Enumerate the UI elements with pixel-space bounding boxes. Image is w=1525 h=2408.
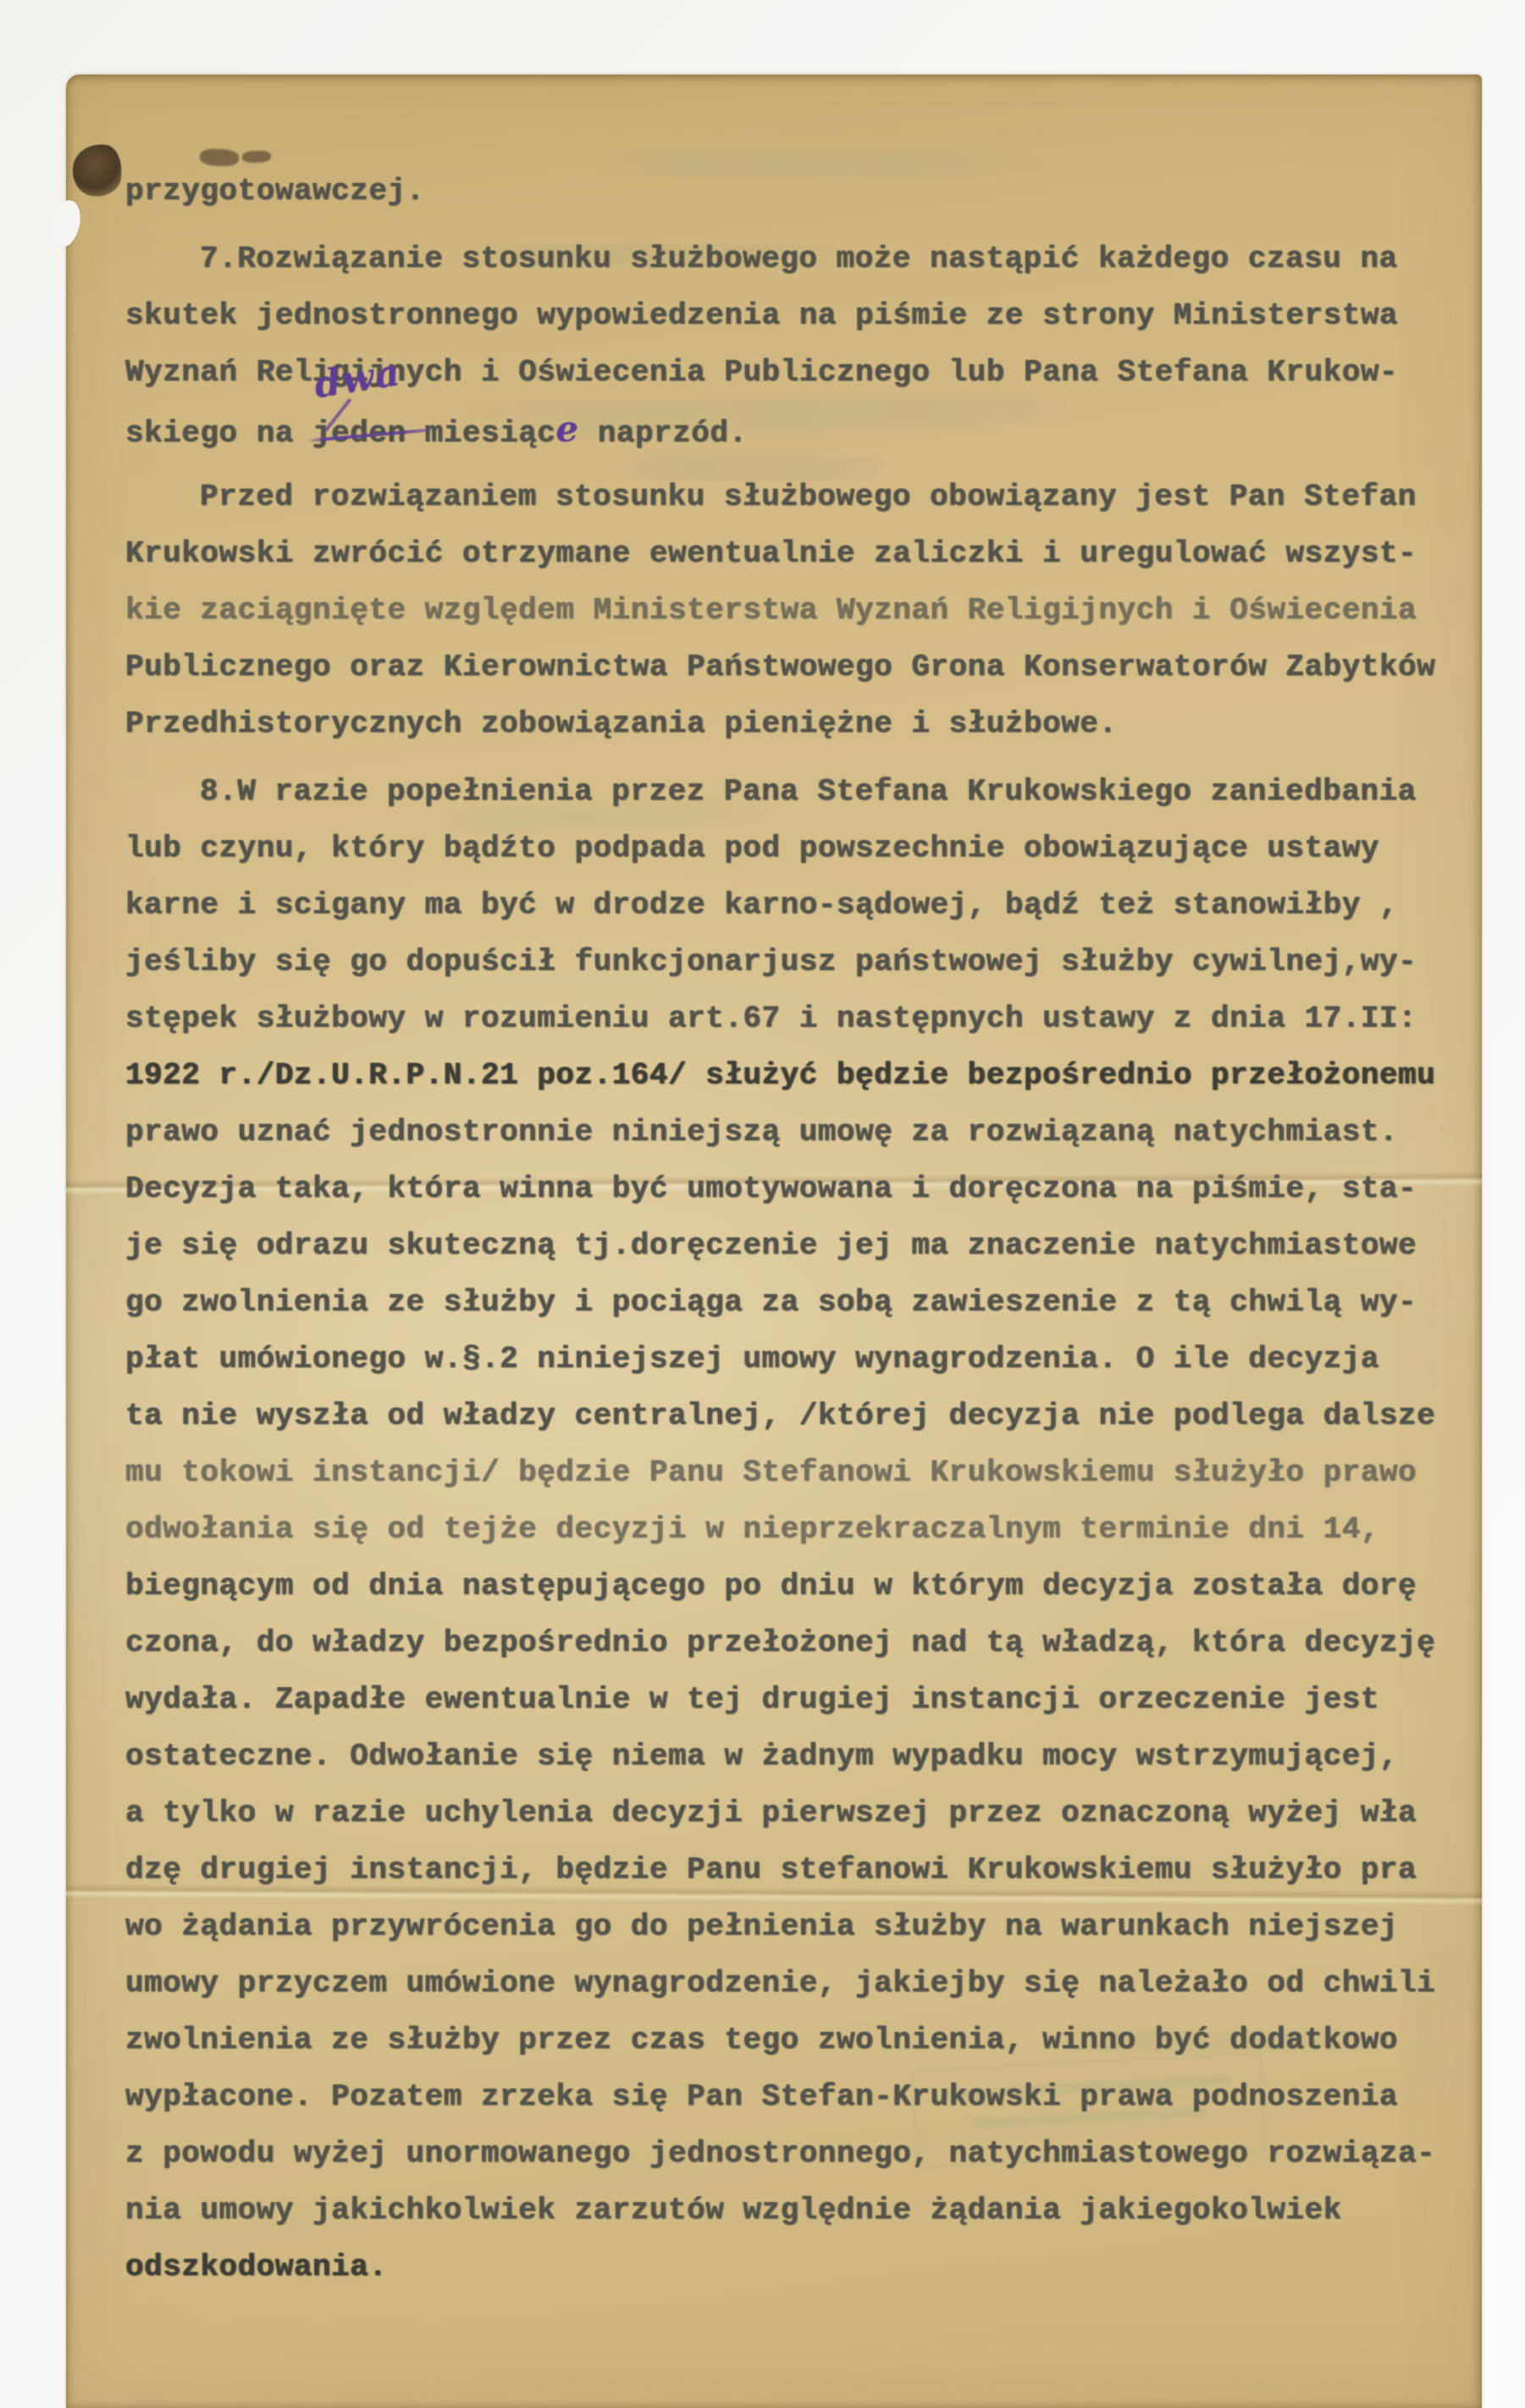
typed-line: zwolnienia ze służby przez czas tego zwo… <box>125 2012 1480 2068</box>
document-page: przygotowawczej.7.Rozwiązanie stosunku s… <box>66 75 1482 2408</box>
torn-corner-stain <box>69 141 125 199</box>
typed-line: 1922 r./Dz.U.R.P.N.21 poz.164/ służyć bę… <box>125 1047 1480 1104</box>
typed-line: z powodu wyżej unormowanego jednostronne… <box>125 2125 1480 2182</box>
paragraph: Przed rozwiązaniem stosunku służbowego o… <box>125 468 1480 752</box>
typed-line: nia umowy jakichkolwiek zarzutów względn… <box>125 2182 1480 2239</box>
typed-line: wypłacone. Pozatem zrzeka się Pan Stefan… <box>125 2068 1480 2125</box>
paper-edge-notch <box>48 197 85 249</box>
typed-line: a tylko w razie uchylenia decyzji pierws… <box>125 1785 1480 1841</box>
typed-line: skutek jednostronnego wypowiedzenia na p… <box>125 287 1480 344</box>
struck-word-text: jeden <box>312 416 406 451</box>
typed-line: lub czynu, który bądźto podpada pod pows… <box>125 820 1480 877</box>
typed-line: biegnącym od dnia następującego po dniu … <box>125 1558 1480 1614</box>
typed-line: Publicznego oraz Kierownictwa Państwoweg… <box>125 639 1480 695</box>
typed-line: wo żądania przywrócenia go do pełnienia … <box>125 1898 1480 1955</box>
paragraph: przygotowawczej. <box>125 163 1480 219</box>
typed-line: kie zaciągnięte względem Ministerstwa Wy… <box>125 582 1480 639</box>
typed-text: miesiąc <box>406 416 556 451</box>
typed-line: je się odrazu skuteczną tj.doręczenie je… <box>125 1217 1480 1274</box>
typed-line: jeśliby się go dopuścił funkcjonarjusz p… <box>125 933 1480 990</box>
typed-line: dzę drugiej instancji, będzie Panu stefa… <box>125 1841 1480 1898</box>
typed-line: go zwolnienia ze służby i pociąga za sob… <box>125 1274 1480 1331</box>
typed-line: skiego na jedendwa miesiące naprzód. <box>125 401 1480 457</box>
typed-line: Przedhistorycznych zobowiązania pieniężn… <box>125 695 1480 752</box>
typed-line: ostateczne. Odwołanie się niema w żadnym… <box>125 1728 1480 1785</box>
typed-line: czona, do władzy bezpośrednio przełożone… <box>125 1614 1480 1671</box>
typed-line: odwołania się od tejże decyzji w nieprze… <box>125 1501 1480 1558</box>
text-block: przygotowawczej.7.Rozwiązanie stosunku s… <box>125 163 1480 2295</box>
typed-line: ta nie wyszła od władzy centralnej, /któ… <box>125 1387 1480 1444</box>
typed-line: Decyzja taka, która winna być umotywowan… <box>125 1160 1480 1217</box>
typed-line: 8.W razie popełnienia przez Pana Stefana… <box>125 763 1480 820</box>
typed-line: wydała. Zapadłe ewentualnie w tej drugie… <box>125 1671 1480 1728</box>
typed-text: skiego na <box>125 416 312 451</box>
typed-line: płat umówionego w.§.2 niniejszej umowy w… <box>125 1331 1480 1387</box>
typed-line: mu tokowi instancji/ będzie Panu Stefano… <box>125 1444 1480 1501</box>
typed-text: naprzód. <box>579 416 748 451</box>
typed-line: odszkodowania. <box>125 2239 1480 2295</box>
ink-fragment-stain <box>242 150 271 163</box>
typed-line: stępek służbowy w rozumieniu art.67 i na… <box>125 990 1480 1047</box>
paragraph: 8.W razie popełnienia przez Pana Stefana… <box>125 763 1480 2295</box>
typed-line: Przed rozwiązaniem stosunku służbowego o… <box>125 468 1480 525</box>
typed-line: przygotowawczej. <box>125 163 1480 219</box>
handwritten-inserted-letter: e <box>555 408 578 450</box>
typed-line: 7.Rozwiązanie stosunku służbowego może n… <box>125 230 1480 287</box>
struck-word: jedendwa <box>312 405 406 462</box>
typed-line: prawo uznać jednostronnie niniejszą umow… <box>125 1104 1480 1160</box>
typed-line: Krukowski zwrócić otrzymane ewentualnie … <box>125 525 1480 582</box>
typed-line: umowy przyczem umówione wynagrodzenie, j… <box>125 1955 1480 2012</box>
paragraph: 7.Rozwiązanie stosunku służbowego może n… <box>125 230 1480 457</box>
typed-line: karne i scigany ma być w drodze karno-są… <box>125 877 1480 933</box>
